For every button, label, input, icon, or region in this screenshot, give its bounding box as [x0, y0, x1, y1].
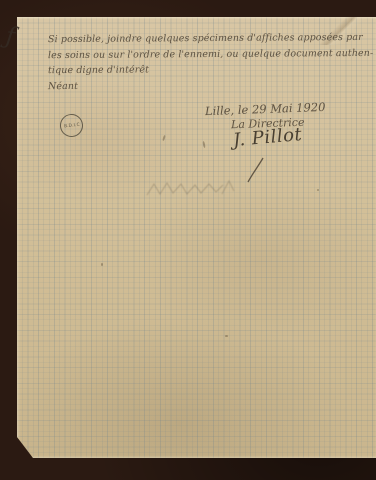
paper-speck [101, 263, 103, 266]
document-paper: Si possible, joindre quelques spécimens … [17, 17, 376, 458]
photo-backdrop: Si possible, joindre quelques spécimens … [0, 0, 376, 480]
handwriting-block: Si possible, joindre quelques spécimens … [48, 31, 373, 93]
pencil-tick [220, 178, 238, 198]
bdic-stamp: B.D.I.C [59, 113, 84, 138]
signature-flourish [243, 157, 269, 183]
paper-speck [317, 189, 319, 191]
signature: J. Pillot [232, 124, 303, 151]
handwriting-line-1: Si possible, joindre quelques spécimens … [48, 30, 373, 48]
pencil-smudge [145, 179, 225, 199]
paper-speck [162, 135, 166, 141]
stamp-text: B.D.I.C [63, 122, 79, 129]
margin-pencil-mark: ƒ [4, 22, 16, 51]
paper-speck [225, 335, 228, 337]
paper-speck [202, 141, 205, 148]
handwriting-line-neant: Néant [48, 77, 373, 95]
date-line: Lille, le 29 Mai 1920 [205, 100, 326, 118]
